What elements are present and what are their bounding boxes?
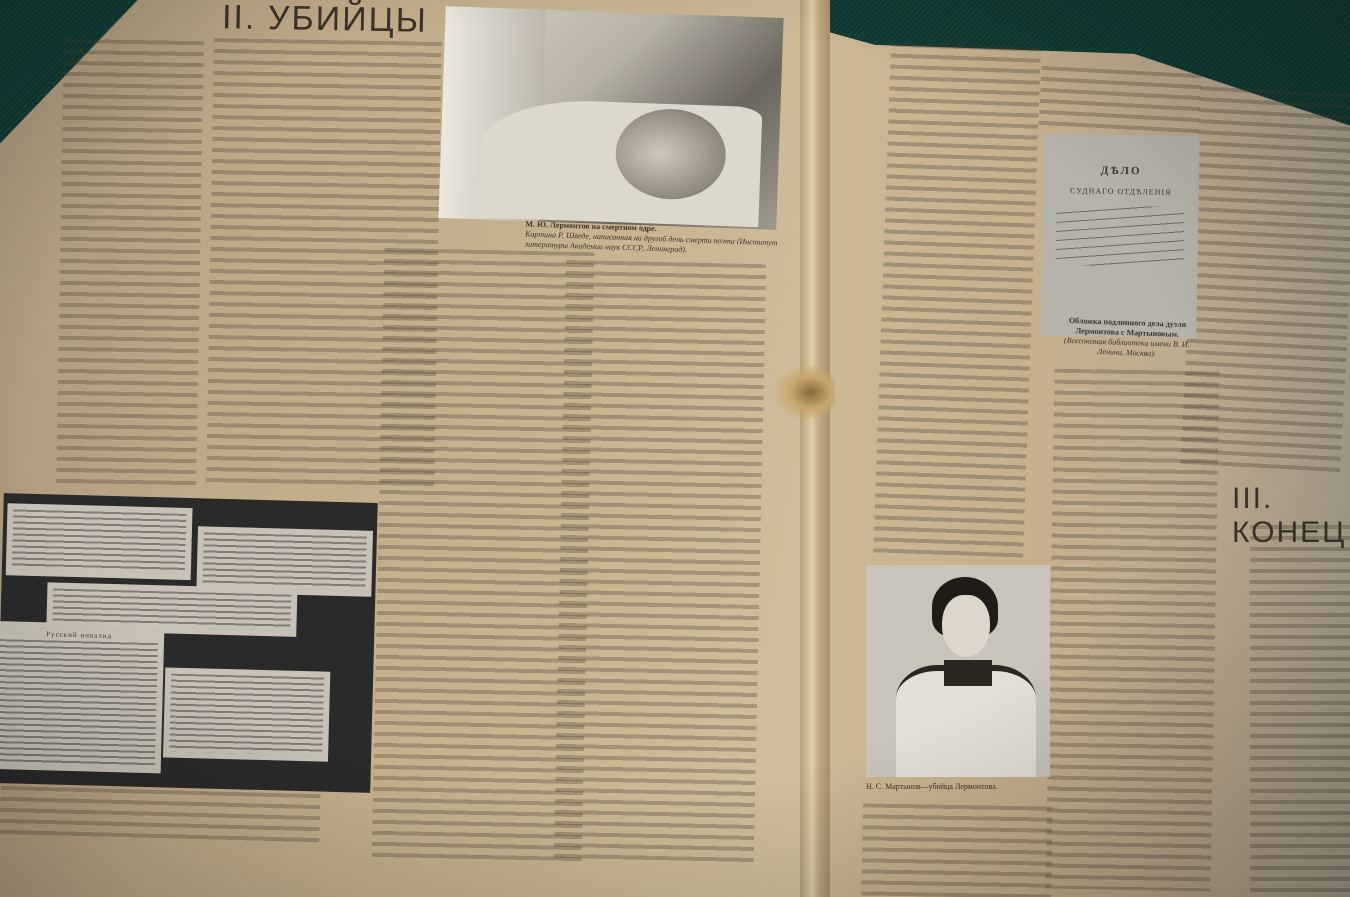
text-column: [0, 786, 321, 844]
caption-text: Н. С. Мартынов—убийца Лермонтова.: [866, 782, 998, 791]
portrait-caption: Н. С. Мартынов—убийца Лермонтова.: [866, 782, 1056, 792]
uniform-collar: [944, 660, 992, 686]
doc-subtitle: СУДНАГО ОТДѢЛЕНІЯ: [1057, 186, 1185, 197]
caption-body: (Всесоюзная библиотека имени В. И. Ленин…: [1064, 336, 1190, 358]
text-column: [861, 803, 1053, 897]
section-heading-killers: II. УБИЙЦЫ: [222, 0, 428, 41]
text-column: [873, 43, 1041, 563]
text-column: [554, 260, 767, 864]
face: [942, 595, 990, 657]
spine-tear: [775, 365, 835, 420]
text-column: [1039, 66, 1202, 134]
clipping: [6, 503, 193, 580]
caption-body: Картина Р. Шведе, написанная на другой д…: [525, 229, 778, 254]
newspaper-clippings-collage: Русский инвалид: [0, 493, 378, 793]
handwriting: [1055, 205, 1184, 267]
text-column: [1250, 525, 1350, 895]
doc-title: ДѢЛО: [1057, 164, 1185, 178]
case-file-caption: Обложка подлинного дела дуэли Лермонтова…: [1051, 315, 1202, 360]
martynov-portrait-photo: [866, 565, 1050, 777]
magazine-spine: [800, 0, 830, 897]
caption-title: Обложка подлинного дела дуэли Лермонтова…: [1069, 316, 1187, 339]
text-column: [56, 39, 204, 491]
clipping: [163, 667, 330, 761]
case-file-cover-photo: ДѢЛО СУДНАГО ОТДѢЛЕНІЯ: [1040, 134, 1200, 339]
clipping: Русский инвалид: [0, 621, 164, 773]
deathbed-painting-photo: [438, 6, 783, 230]
section-heading-end: III. КОНЕЦ: [1232, 482, 1350, 550]
clipping-title: Русский инвалид: [0, 627, 158, 643]
text-column: [1180, 86, 1350, 474]
